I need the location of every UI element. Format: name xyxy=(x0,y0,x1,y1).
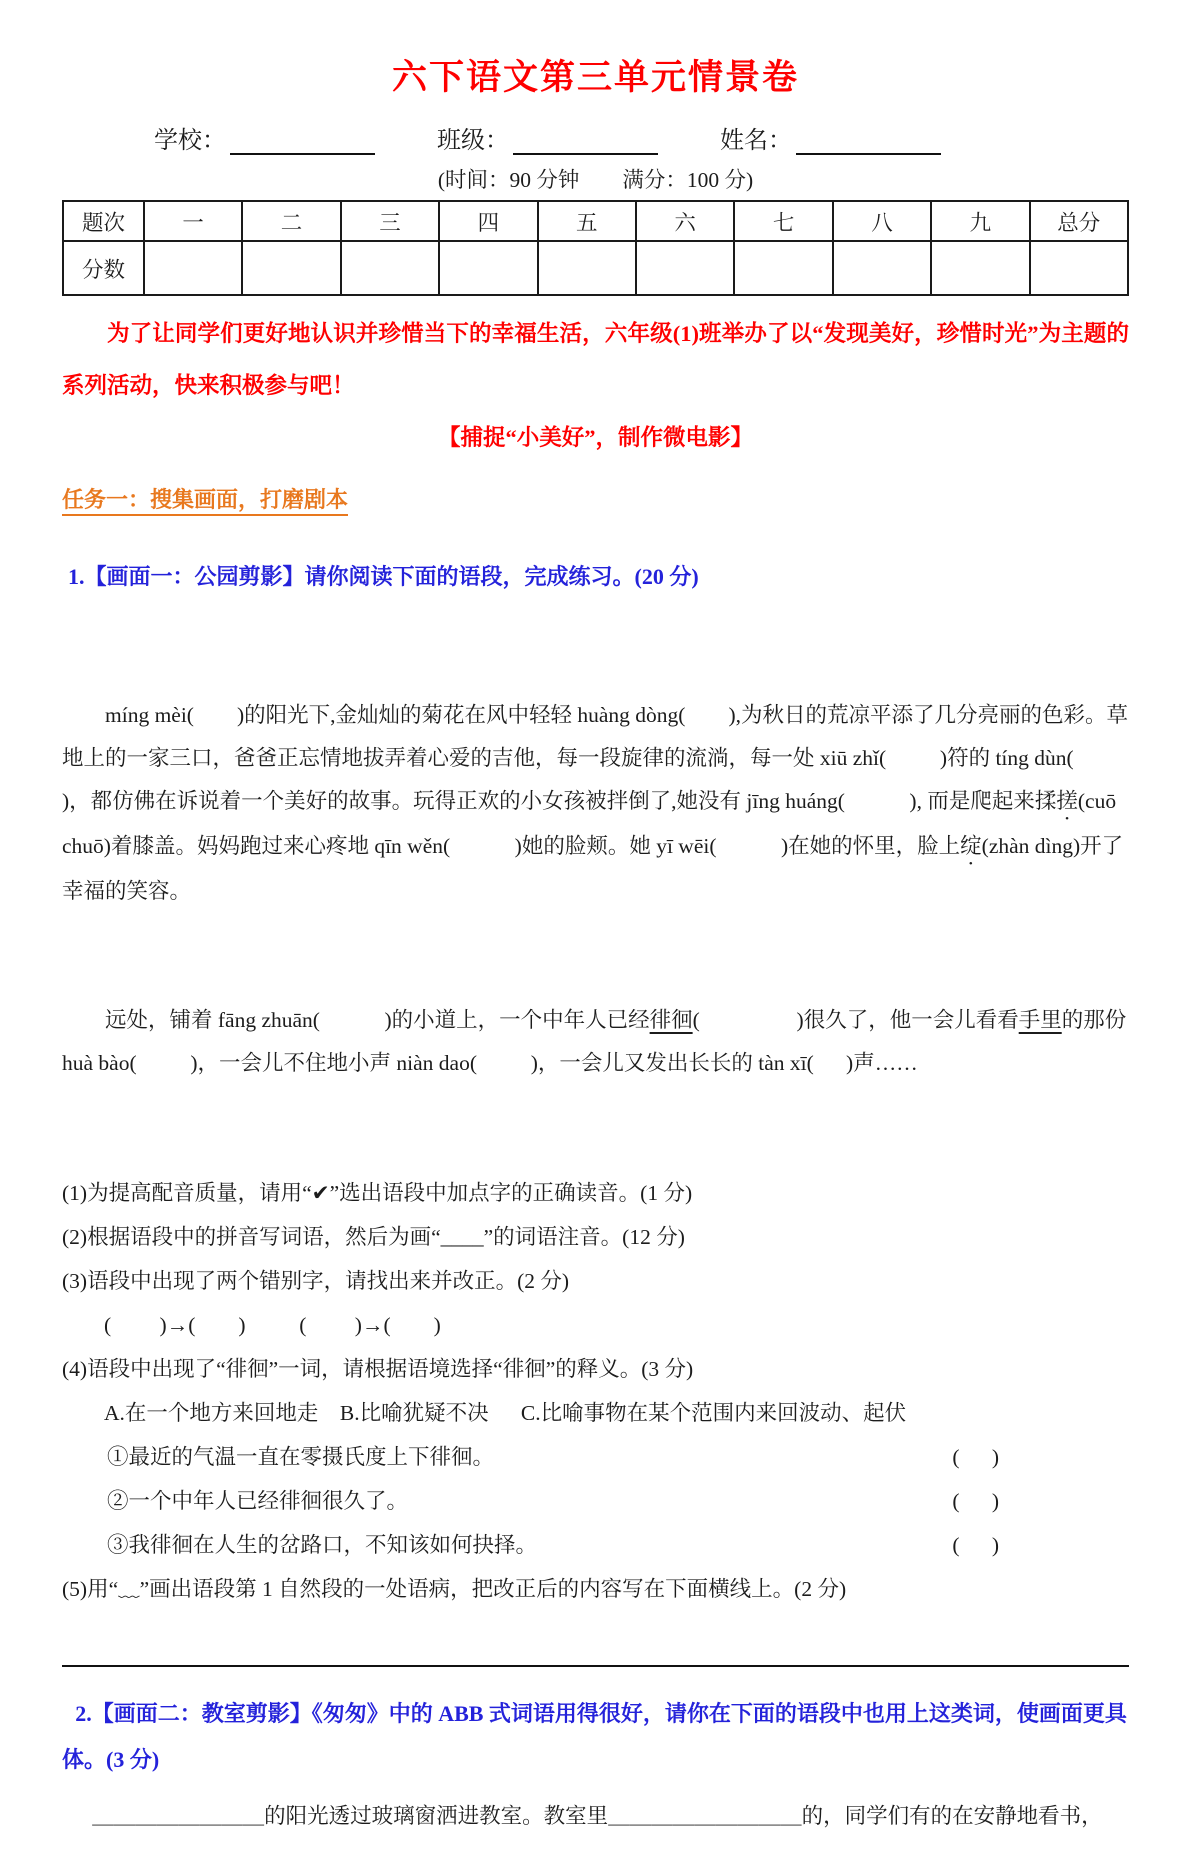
definition-item-1: ①最近的气温一直在零摄氏度上下徘徊。 ( ) xyxy=(62,1435,1129,1479)
score-cell[interactable] xyxy=(734,241,832,295)
answer-bracket[interactable]: ( ) xyxy=(952,1523,999,1567)
answer-bracket[interactable]: ( ) xyxy=(952,1435,999,1479)
dotted-character-zhan: 绽 xyxy=(960,834,982,858)
question1-sub2: (2)根据语段中的拼音写词语，然后为画“____”的词语注音。(12 分) xyxy=(62,1215,1129,1259)
passage-p2-text: 远处，铺着 fāng zhuān( )的小道上，一个中年人已经 xyxy=(105,1008,650,1032)
class-blank[interactable] xyxy=(513,127,658,155)
school-label: 学校： xyxy=(154,120,226,155)
score-cell[interactable] xyxy=(833,241,931,295)
score-table-header-cell: 六 xyxy=(636,201,734,241)
school-field: 学校： xyxy=(154,120,375,155)
definition-item-2: ②一个中年人已经徘徊很久了。 ( ) xyxy=(62,1479,1129,1523)
passage-p2-text: ( )很久了，他一会儿看看 xyxy=(693,1008,1019,1032)
score-table-header-cell: 七 xyxy=(734,201,832,241)
activity-title: 【捕捉“小美好”，制作微电影】 xyxy=(62,416,1129,460)
score-table-header-cell: 九 xyxy=(931,201,1029,241)
score-table-header-row: 题次 一 二 三 四 五 六 七 八 九 总分 xyxy=(63,201,1128,241)
score-table-header-cell: 八 xyxy=(833,201,931,241)
score-table-score-row: 分数 xyxy=(63,241,1128,295)
intro-paragraph: 为了让同学们更好地认识并珍惜当下的幸福生活，六年级(1)班举办了以“发现美好，珍… xyxy=(62,308,1129,412)
underlined-word-shouli: 手里 xyxy=(1019,1008,1062,1032)
score-table-header-cell: 四 xyxy=(439,201,537,241)
class-field: 班级： xyxy=(437,120,658,155)
score-table-header-cell: 五 xyxy=(538,201,636,241)
reading-passage: míng mèi( )的阳光下,金灿灿的菊花在风中轻轻 huàng dòng( … xyxy=(62,608,1129,1171)
student-info-row: 学校： 班级： 姓名： xyxy=(154,120,1129,155)
definition-item-text: ①最近的气温一直在零摄氏度上下徘徊。 xyxy=(107,1435,494,1479)
score-row-label: 分数 xyxy=(63,241,144,295)
exam-paper: 六下语文第三单元情景卷 学校： 班级： 姓名： (时间：90 分钟 满分：100… xyxy=(0,0,1191,1869)
question2-heading: 2.【画面二：教室剪影】《匆匆》中的 ABB 式词语用得很好，请你在下面的语段中… xyxy=(62,1691,1129,1783)
score-cell[interactable] xyxy=(931,241,1029,295)
question1-sub5: (5)用“﹏”画出语段第 1 自然段的一处语病，把改正后的内容写在下面横线上。(… xyxy=(62,1567,1129,1611)
passage-paragraph-1: míng mèi( )的阳光下,金灿灿的菊花在风中轻轻 huàng dòng( … xyxy=(62,694,1129,913)
score-cell[interactable] xyxy=(144,241,242,295)
task1-heading-text: 任务一：搜集画面，打磨剧本 xyxy=(62,487,348,516)
score-cell[interactable] xyxy=(538,241,636,295)
score-cell[interactable] xyxy=(242,241,340,295)
question1-heading: 1.【画面一：公园剪影】请你阅读下面的语段，完成练习。(20 分) xyxy=(62,554,1129,600)
school-blank[interactable] xyxy=(230,127,375,155)
score-table-header-cell: 二 xyxy=(242,201,340,241)
name-label: 姓名： xyxy=(720,120,792,155)
definition-item-text: ②一个中年人已经徘徊很久了。 xyxy=(107,1479,408,1523)
name-blank[interactable] xyxy=(796,127,941,155)
score-table-header-cell: 题次 xyxy=(63,201,144,241)
page-title: 六下语文第三单元情景卷 xyxy=(62,50,1129,100)
score-table-header-cell: 总分 xyxy=(1030,201,1128,241)
question1-sub1: (1)为提高配音质量，请用“✔”选出语段中加点字的正确读音。(1 分) xyxy=(62,1171,1129,1215)
score-table-header-cell: 三 xyxy=(341,201,439,241)
score-table: 题次 一 二 三 四 五 六 七 八 九 总分 分数 xyxy=(62,200,1129,296)
name-field: 姓名： xyxy=(720,120,941,155)
question1-sub3: (3)语段中出现了两个错别字，请找出来并改正。(2 分) xyxy=(62,1259,1129,1303)
definition-options: A.在一个地方来回地走 B.比喻犹疑不决 C.比喻事物在某个范围内来回波动、起伏 xyxy=(62,1391,1129,1435)
question1-sub4: (4)语段中出现了“徘徊”一词，请根据语境选择“徘徊”的释义。(3 分) xyxy=(62,1347,1129,1391)
underlined-word-paihuai: 徘徊 xyxy=(650,1008,693,1032)
passage-paragraph-2: 远处，铺着 fāng zhuān( )的小道上，一个中年人已经徘徊( )很久了，… xyxy=(62,999,1129,1085)
passage-p1-text: míng mèi( )的阳光下,金灿灿的菊花在风中轻轻 huàng dòng( … xyxy=(62,703,1138,813)
task1-heading: 任务一：搜集画面，打磨剧本 xyxy=(62,480,1129,520)
question2-passage[interactable]: ＿＿＿＿＿＿＿＿的阳光透过玻璃窗洒进教室。教室里＿＿＿＿＿＿＿＿＿的，同学们有的… xyxy=(62,1793,1129,1839)
score-cell[interactable] xyxy=(636,241,734,295)
class-label: 班级： xyxy=(437,120,509,155)
score-cell[interactable] xyxy=(1030,241,1128,295)
time-score-info: (时间：90 分钟 满分：100 分) xyxy=(62,163,1129,194)
typo-correction-blanks[interactable]: ( )→( ) ( )→( ) xyxy=(62,1303,1129,1347)
score-table-header-cell: 一 xyxy=(144,201,242,241)
definition-item-3: ③我徘徊在人生的岔路口，不知该如何抉择。 ( ) xyxy=(62,1523,1129,1567)
answer-bracket[interactable]: ( ) xyxy=(952,1479,999,1523)
score-cell[interactable] xyxy=(439,241,537,295)
score-cell[interactable] xyxy=(341,241,439,295)
answer-blank-line[interactable] xyxy=(62,1611,1129,1667)
definition-item-text: ③我徘徊在人生的岔路口，不知该如何抉择。 xyxy=(107,1523,537,1567)
dotted-character-cuo: 搓 xyxy=(1056,789,1078,813)
